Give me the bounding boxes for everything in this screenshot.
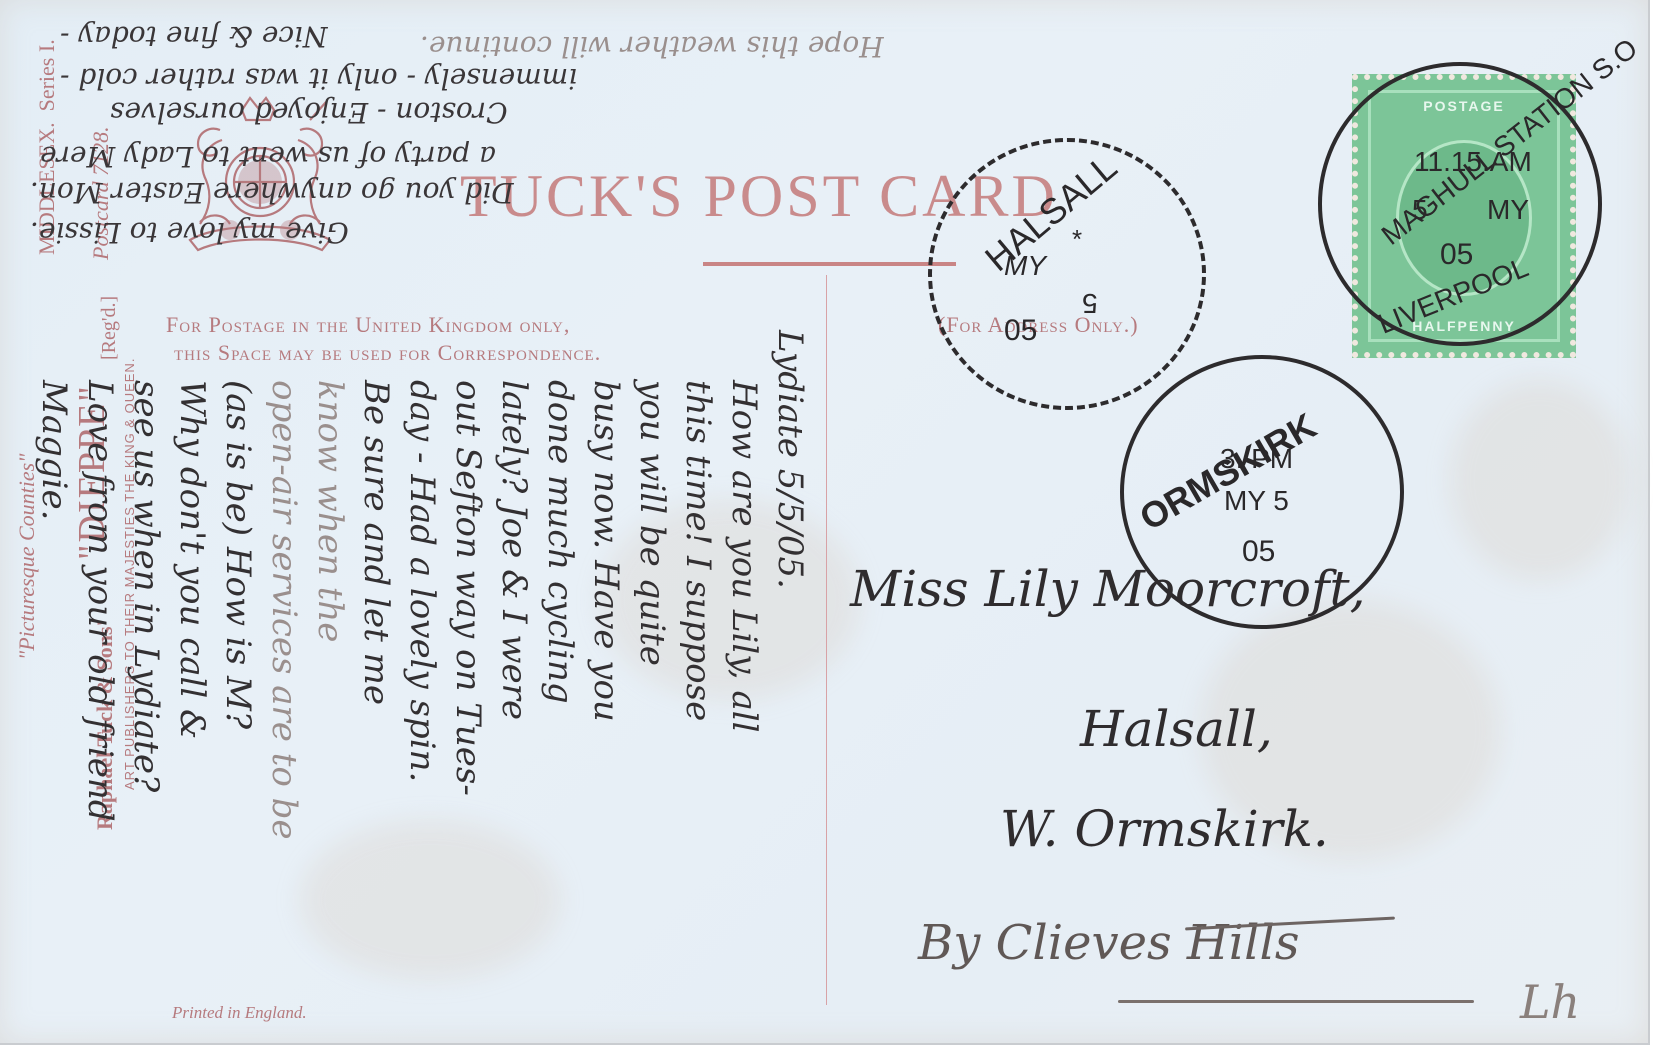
message-line: lately? Joe & I were xyxy=(494,380,534,720)
message-line: How are you Lily, all xyxy=(724,380,764,733)
upside-down-line: immensely - only it was rather cold - xyxy=(60,62,577,95)
message-line: day - Had a lovely spin. xyxy=(402,380,442,782)
correspondence-label-line1: For Postage in the United Kingdom only, xyxy=(166,312,570,338)
registered-label: [Reg'd.] xyxy=(98,296,121,360)
route-underline xyxy=(1118,1000,1474,1003)
address-recipient: Miss Lily Moorcroft, xyxy=(850,560,1366,618)
message-line: done much cycling xyxy=(540,380,580,704)
title-rule xyxy=(703,262,956,266)
message-line: Love from your old friend xyxy=(80,380,120,822)
message-line: you will be quite xyxy=(632,380,672,666)
upside-down-line: Croston - Enjoyed ourselves xyxy=(110,96,508,129)
postmark-maghull: MAGHULL STATION S.O 11.15.AM 5 MY 05 LIV… xyxy=(1318,62,1602,346)
postmark-halsall: HALSALL * MY 5 05 xyxy=(928,138,1206,410)
address-village: Halsall, xyxy=(1080,700,1273,758)
message-heading: Lydiate 5/5/05. xyxy=(770,330,810,589)
upside-down-line: Give my love to Lissie. xyxy=(30,216,349,249)
address-route: By Clieves Hills xyxy=(918,915,1299,971)
message-line: busy now. Have you xyxy=(586,380,626,722)
correspondence-label-line2: this Space may be used for Correspondenc… xyxy=(174,340,601,366)
message-line: (as is be) How is M? xyxy=(218,380,258,729)
message-line: this time! I suppose xyxy=(678,380,718,721)
address-town: W. Ormskirk. xyxy=(1000,800,1329,858)
message-line: out Sefton way on Tues- xyxy=(448,380,488,796)
center-divider xyxy=(826,275,827,1005)
upside-down-line: Did you go anywhere Easter Mon. xyxy=(30,176,514,209)
upside-down-line: a party of us went to Lady Mere xyxy=(40,140,496,173)
message-line: Be sure and let me xyxy=(356,380,396,705)
message-line: Why don't you call & xyxy=(172,380,212,739)
message-line: know when the xyxy=(310,380,350,642)
message-line: Maggie. xyxy=(34,380,74,520)
handwritten-initials: Lh xyxy=(1520,975,1580,1029)
message-line: see us when in Lydiate? xyxy=(126,380,166,792)
upside-down-line: Hope this weather will continue. xyxy=(420,30,884,63)
upside-down-line: Nice & fine today - xyxy=(60,20,328,53)
postcard: TUCK'S POST CARD For Postage in the Unit… xyxy=(0,0,1650,1045)
message-line: open-air services are to be xyxy=(264,380,304,840)
printed-in-label: Printed in England. xyxy=(172,1003,307,1023)
